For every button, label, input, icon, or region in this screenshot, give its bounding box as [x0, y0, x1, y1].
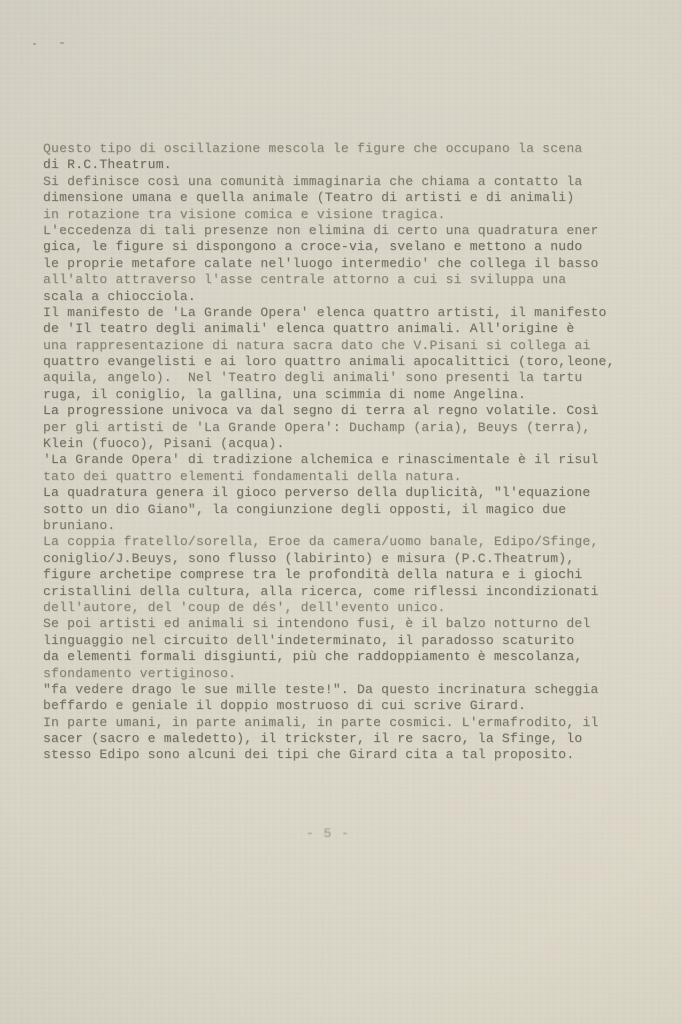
typewritten-line: 'La Grande Opera' di tradizione alchemic…	[43, 452, 653, 468]
typewritten-line: da elementi formali disgiunti, più che r…	[43, 649, 653, 665]
typewritten-line: le proprie metafore calate nel'luogo int…	[43, 256, 653, 272]
typewritten-line: una rappresentazione di natura sacra dat…	[43, 338, 653, 354]
typewritten-line: scala a chiocciola.	[43, 289, 653, 305]
typewritten-line: Il manifesto de 'La Grande Opera' elenca…	[43, 305, 653, 321]
typewritten-line: "fa vedere drago le sue mille teste!". D…	[43, 682, 653, 698]
paper-speck	[33, 43, 36, 45]
typewritten-line: stesso Edipo sono alcuni dei tipi che Gi…	[43, 747, 653, 763]
typewritten-line: cristallini della cultura, alla ricerca,…	[43, 584, 653, 600]
typewritten-line: In parte umani, in parte animali, in par…	[43, 715, 653, 731]
typewritten-line: sfondamento vertiginoso.	[43, 666, 653, 682]
typewritten-line: all'alto attraverso l'asse centrale atto…	[43, 272, 653, 288]
typewritten-line: figure archetipe comprese tra le profond…	[43, 567, 653, 583]
typewritten-line: dell'autore, del 'coup de dés', dell'eve…	[43, 600, 653, 616]
typewritten-text: Questo tipo di oscillazione mescola le f…	[43, 141, 653, 764]
typewritten-line: tato dei quattro elementi fondamentali d…	[43, 469, 653, 485]
typewritten-line: La quadratura genera il gioco perverso d…	[43, 485, 653, 501]
typewritten-line: sacer (sacro e maledetto), il trickster,…	[43, 731, 653, 747]
typewritten-line: linguaggio nel circuito dell'indetermina…	[43, 633, 653, 649]
typewritten-line: quattro evangelisti e ai loro quattro an…	[43, 354, 653, 370]
typewritten-line: Klein (fuoco), Pisani (acqua).	[43, 436, 653, 452]
typewritten-line: Questo tipo di oscillazione mescola le f…	[43, 141, 653, 157]
typewritten-line: gica, le figure si dispongono a croce-vi…	[43, 239, 653, 255]
typewritten-line: in rotazione tra visione comica e vision…	[43, 207, 653, 223]
scanned-page: Questo tipo di oscillazione mescola le f…	[0, 0, 682, 1024]
typewritten-line: per gli artisti de 'La Grande Opera': Du…	[43, 420, 653, 436]
typewritten-line: Si definisce così una comunità immaginar…	[43, 174, 653, 190]
typewritten-line: L'eccedenza di tali presenze non elimina…	[43, 223, 653, 239]
typewritten-line: ruga, il coniglio, la gallina, una scimm…	[43, 387, 653, 403]
page-number: - 5 -	[306, 826, 350, 841]
typewritten-line: sotto un dio Giano", la congiunzione deg…	[43, 502, 653, 518]
typewritten-line: dimensione umana e quella animale (Teatr…	[43, 190, 653, 206]
typewritten-line: coniglio/J.Beuys, sono flusso (labirinto…	[43, 551, 653, 567]
typewritten-line: aquila, angelo). Nel 'Teatro degli anima…	[43, 370, 653, 386]
typewritten-line: di R.C.Theatrum.	[43, 157, 653, 173]
typewritten-line: Se poi artisti ed animali si intendono f…	[43, 616, 653, 632]
typewritten-line: La progressione univoca va dal segno di …	[43, 403, 653, 419]
typewritten-line: beffardo e geniale il doppio mostruoso d…	[43, 698, 653, 714]
typewritten-line: de 'Il teatro degli animali' elenca quat…	[43, 321, 653, 337]
typewritten-line: bruniano.	[43, 518, 653, 534]
typewritten-line: La coppia fratello/sorella, Eroe da came…	[43, 534, 653, 550]
paper-speck	[60, 42, 64, 44]
